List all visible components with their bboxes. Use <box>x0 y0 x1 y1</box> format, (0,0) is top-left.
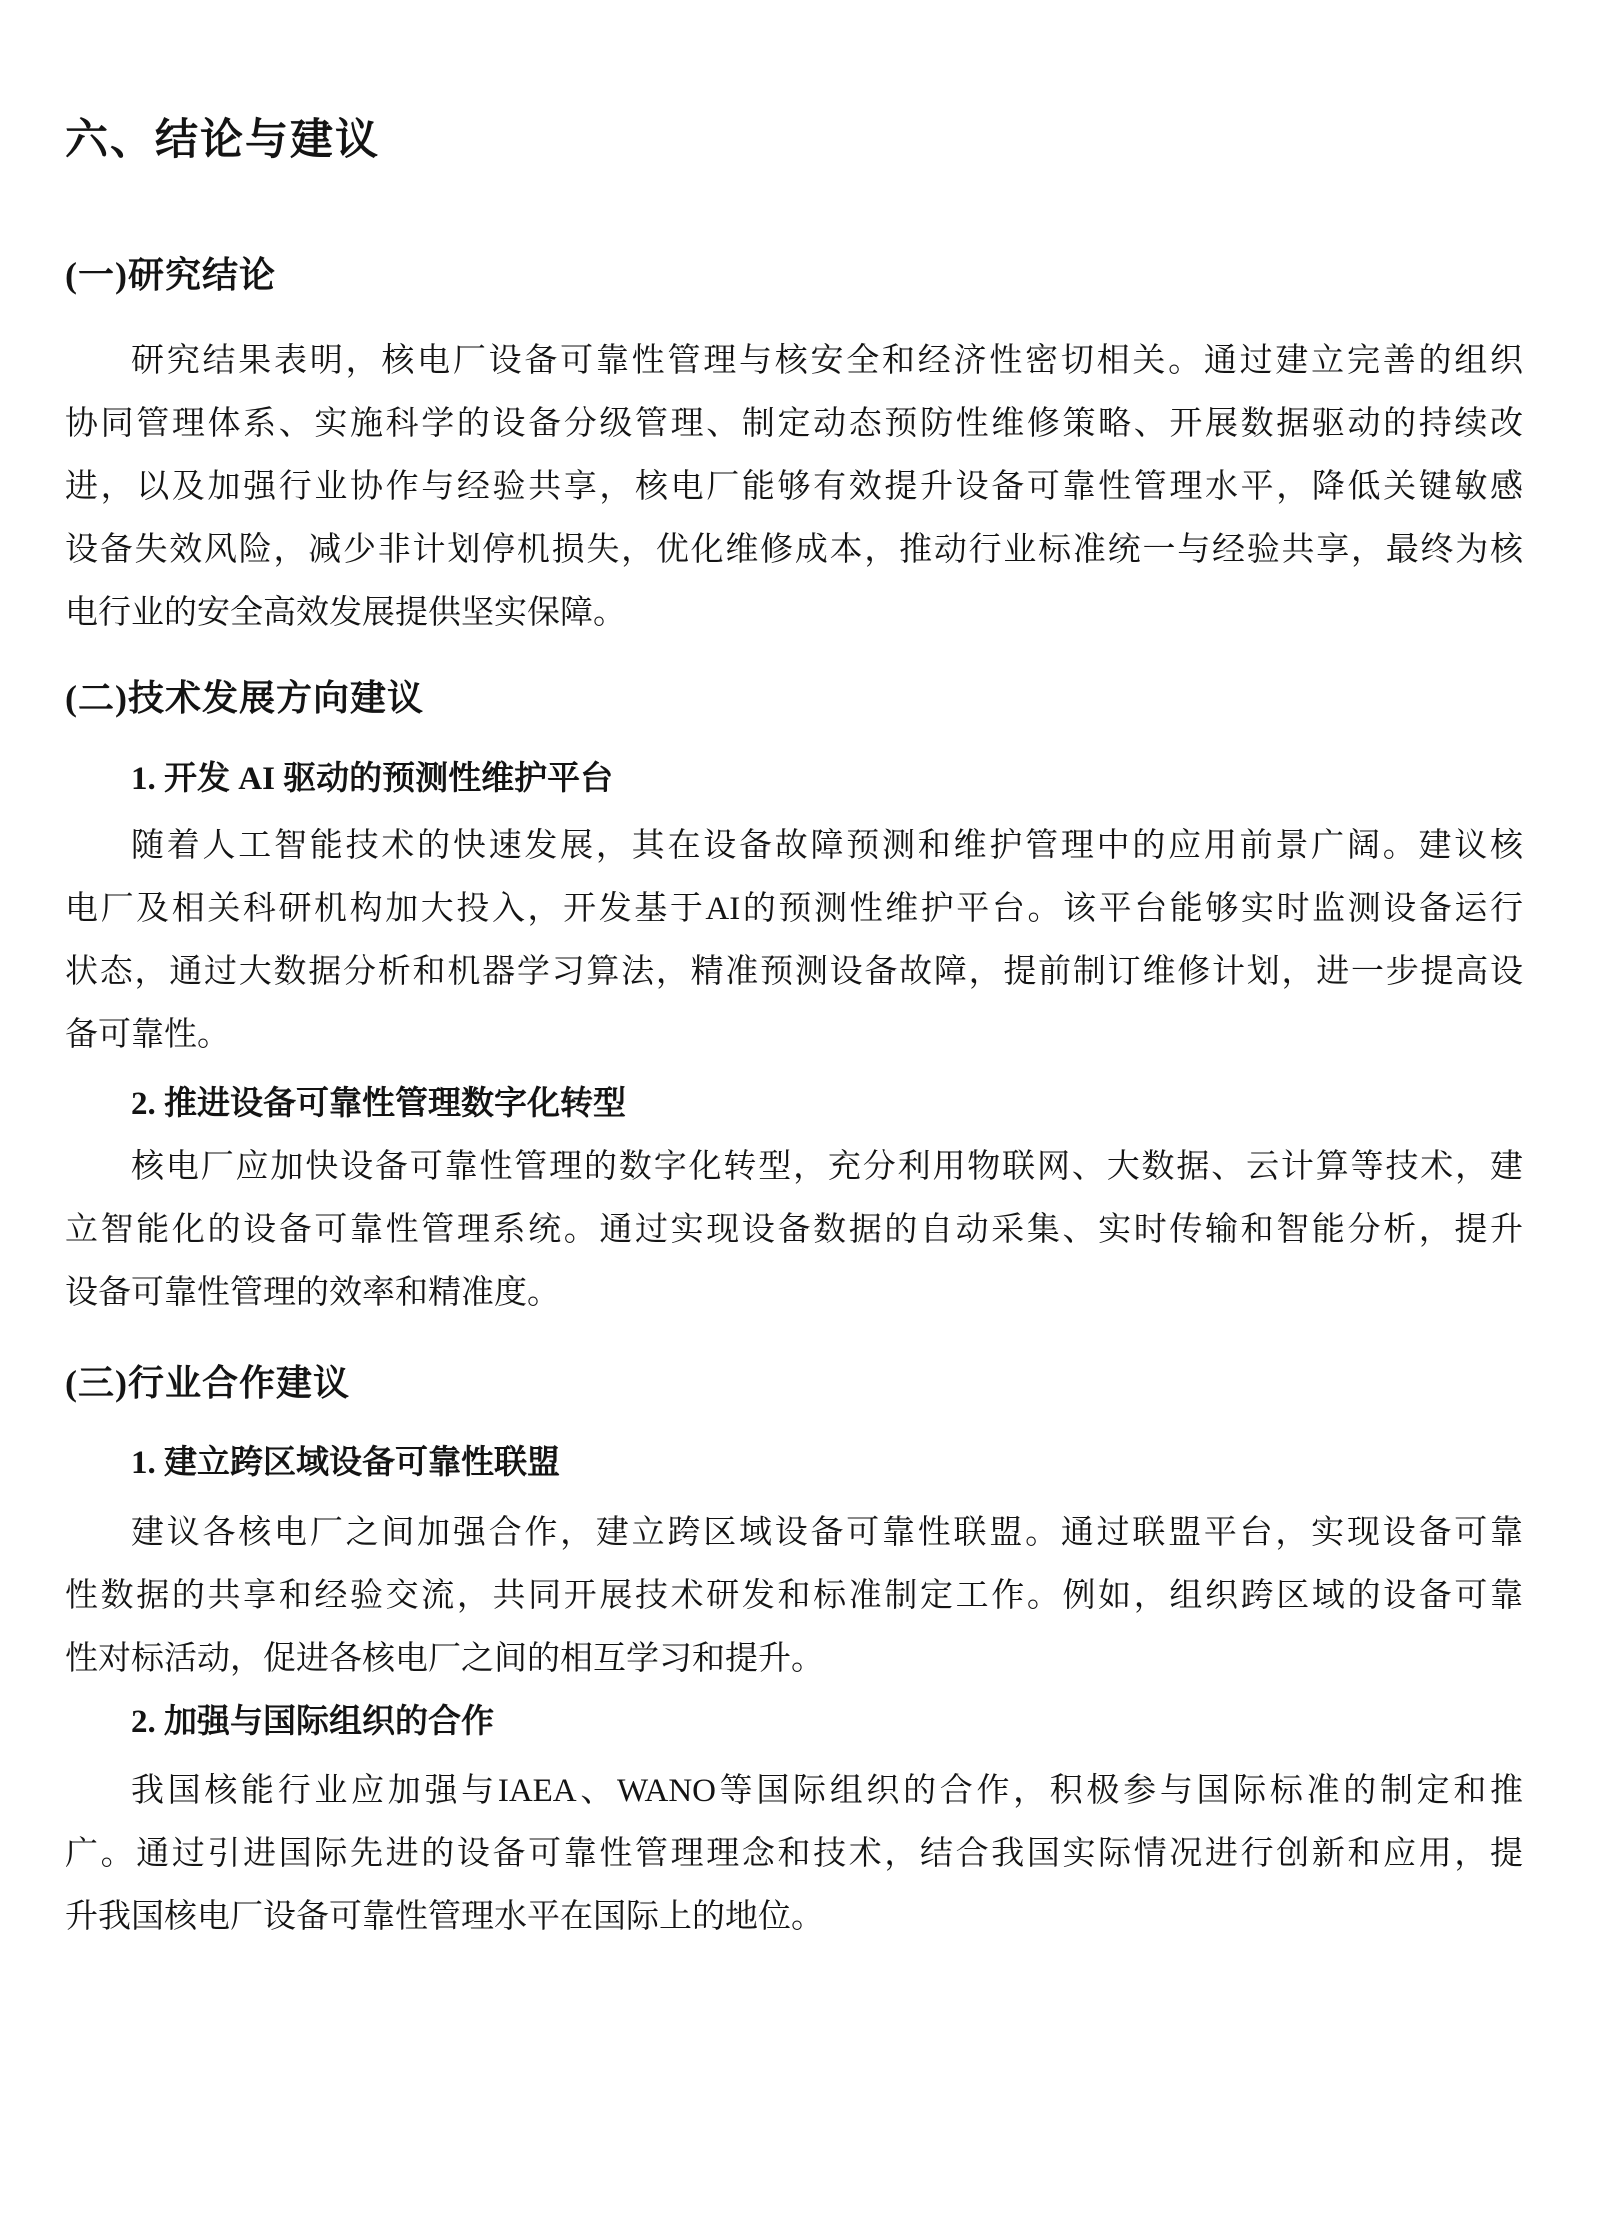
text-line: 设备失效风险，减少非计划停机损失，优化维修成本，推动行业标准统一与经验共享，最终… <box>65 519 1523 582</box>
text-line: 广。通过引进国际先进的设备可靠性管理理念和技术，结合我国实际情况进行创新和应用，… <box>65 1823 1523 1886</box>
subsection-heading-2-2: 2. 推进设备可靠性管理数字化转型 <box>65 1073 1523 1136</box>
text-line: 建议各核电厂之间加强合作，建立跨区域设备可靠性联盟。通过联盟平台，实现设备可靠 <box>65 1502 1523 1565</box>
text-line: 电厂及相关科研机构加大投入，开发基于AI的预测性维护平台。该平台能够实时监测设备… <box>65 878 1523 941</box>
chapter-title: 六、结论与建议 <box>65 116 1523 166</box>
text-line: 研究结果表明，核电厂设备可靠性管理与核安全和经济性密切相关。通过建立完善的组织 <box>65 330 1523 393</box>
paragraph: 研究结果表明，核电厂设备可靠性管理与核安全和经济性密切相关。通过建立完善的组织 … <box>65 330 1523 645</box>
subsection-heading-2-1: 1. 开发 AI 驱动的预测性维护平台 <box>65 748 1523 811</box>
text-line: 随着人工智能技术的快速发展，其在设备故障预测和维护管理中的应用前景广阔。建议核 <box>65 815 1523 878</box>
text-line: 立智能化的设备可靠性管理系统。通过实现设备数据的自动采集、实时传输和智能分析，提… <box>65 1199 1523 1262</box>
paragraph: 随着人工智能技术的快速发展，其在设备故障预测和维护管理中的应用前景广阔。建议核 … <box>65 815 1523 1067</box>
text-line: 设备可靠性管理的效率和精准度。 <box>65 1262 1523 1325</box>
text-line: 进，以及加强行业协作与经验共享，核电厂能够有效提升设备可靠性管理水平，降低关键敏… <box>65 456 1523 519</box>
text-line: 性对标活动，促进各核电厂之间的相互学习和提升。 <box>65 1628 1523 1691</box>
document-page: 六、结论与建议 (一)研究结论 研究结果表明，核电厂设备可靠性管理与核安全和经济… <box>0 0 1600 2237</box>
text-line: 升我国核电厂设备可靠性管理水平在国际上的地位。 <box>65 1886 1523 1949</box>
text-line: 协同管理体系、实施科学的设备分级管理、制定动态预防性维修策略、开展数据驱动的持续… <box>65 393 1523 456</box>
subsection-heading-3-1: 1. 建立跨区域设备可靠性联盟 <box>65 1432 1523 1495</box>
section-heading-2: (二)技术发展方向建议 <box>65 676 1523 720</box>
section-heading-1: (一)研究结论 <box>65 253 1523 297</box>
text-line: 性数据的共享和经验交流，共同开展技术研发和标准制定工作。例如，组织跨区域的设备可… <box>65 1565 1523 1628</box>
text-line: 状态，通过大数据分析和机器学习算法，精准预测设备故障，提前制订维修计划，进一步提… <box>65 941 1523 1004</box>
paragraph: 建议各核电厂之间加强合作，建立跨区域设备可靠性联盟。通过联盟平台，实现设备可靠 … <box>65 1502 1523 1691</box>
section-heading-3: (三)行业合作建议 <box>65 1361 1523 1405</box>
text-line: 电行业的安全高效发展提供坚实保障。 <box>65 582 1523 645</box>
text-line: 备可靠性。 <box>65 1004 1523 1067</box>
paragraph: 核电厂应加快设备可靠性管理的数字化转型，充分利用物联网、大数据、云计算等技术，建… <box>65 1136 1523 1325</box>
subsection-heading-3-2: 2. 加强与国际组织的合作 <box>65 1691 1523 1754</box>
text-line: 我国核能行业应加强与IAEA、WANO等国际组织的合作，积极参与国际标准的制定和… <box>65 1760 1523 1823</box>
text-line: 核电厂应加快设备可靠性管理的数字化转型，充分利用物联网、大数据、云计算等技术，建 <box>65 1136 1523 1199</box>
paragraph: 我国核能行业应加强与IAEA、WANO等国际组织的合作，积极参与国际标准的制定和… <box>65 1760 1523 1949</box>
